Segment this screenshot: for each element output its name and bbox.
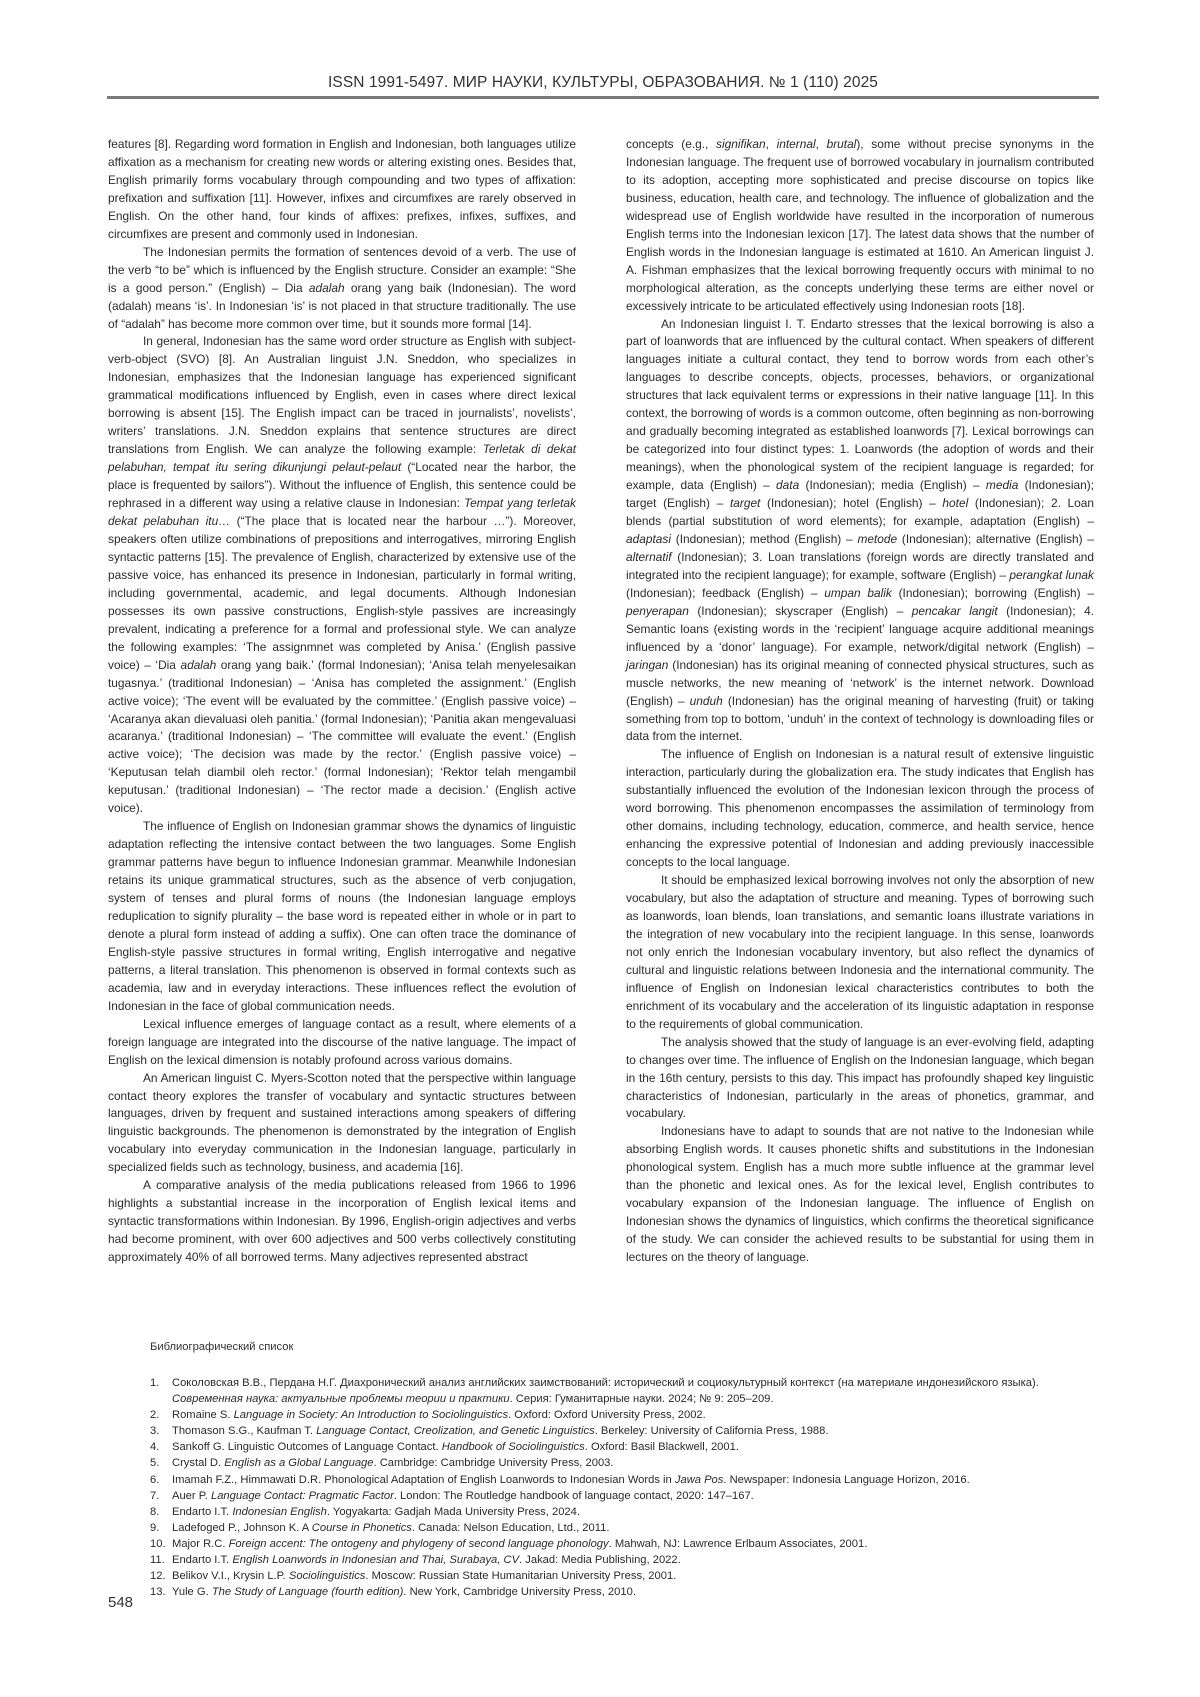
entry-number: 4. — [150, 1439, 172, 1455]
body-paragraph: The Indonesian permits the formation of … — [108, 244, 576, 334]
bibliography-entry: 10.Major R.C. Foreign accent: The ontoge… — [150, 1536, 1110, 1552]
bibliography-entry: 12.Belikov V.I., Krysin L.P. Sociolingui… — [150, 1568, 1110, 1584]
entry-text: Yule G. The Study of Language (fourth ed… — [172, 1584, 1110, 1600]
body-paragraph: concepts (e.g., signifikan, internal, br… — [626, 136, 1094, 316]
entry-text: Endarto I.T. English Loanwords in Indone… — [172, 1552, 1110, 1568]
bibliography-entry: 9.Ladefoged P., Johnson K. A Course in P… — [150, 1520, 1110, 1536]
bibliography-entry: 11.Endarto I.T. English Loanwords in Ind… — [150, 1552, 1110, 1568]
entry-text: Ladefoged P., Johnson K. A Course in Pho… — [172, 1520, 1110, 1536]
bibliography-entry: 4.Sankoff G. Linguistic Outcomes of Lang… — [150, 1439, 1110, 1455]
entry-text: Sankoff G. Linguistic Outcomes of Langua… — [172, 1439, 1110, 1455]
entry-text: Auer P. Language Contact: Pragmatic Fact… — [172, 1488, 1110, 1504]
entry-text: Major R.C. Foreign accent: The ontogeny … — [172, 1536, 1110, 1552]
body-paragraph: A comparative analysis of the media publ… — [108, 1177, 576, 1267]
body-paragraph: It should be emphasized lexical borrowin… — [626, 872, 1094, 1034]
bibliography-entry: 8.Endarto I.T. Indonesian English. Yogya… — [150, 1504, 1110, 1520]
body-paragraph: In general, Indonesian has the same word… — [108, 333, 576, 818]
bibliography-entry: 2.Romaine S. Language in Society: An Int… — [150, 1407, 1110, 1423]
journal-header: ISSN 1991-5497. МИР НАУКИ, КУЛЬТУРЫ, ОБР… — [108, 74, 1098, 92]
entry-number: 8. — [150, 1504, 172, 1520]
entry-text: Crystal D. English as a Global Language.… — [172, 1455, 1110, 1471]
entry-number: 6. — [150, 1472, 172, 1488]
bibliography-entry: 6.Imamah F.Z., Himmawati D.R. Phonologic… — [150, 1472, 1110, 1488]
entry-text: Thomason S.G., Kaufman T. Language Conta… — [172, 1423, 1110, 1439]
bibliography-entry: 1.Соколовская В.В., Пердана Н.Г. Диахрон… — [150, 1375, 1110, 1407]
header-divider — [107, 96, 1099, 99]
body-paragraph: The analysis showed that the study of la… — [626, 1034, 1094, 1124]
body-paragraph: features [8]. Regarding word formation i… — [108, 136, 576, 244]
bibliography-entry: 13.Yule G. The Study of Language (fourth… — [150, 1584, 1110, 1600]
entry-text: Romaine S. Language in Society: An Intro… — [172, 1407, 1110, 1423]
bibliography-title: Библиографический список — [150, 1341, 293, 1353]
body-paragraph: An American linguist C. Myers-Scotton no… — [108, 1070, 576, 1178]
left-column: features [8]. Regarding word formation i… — [108, 136, 576, 1267]
entry-number: 10. — [150, 1536, 172, 1552]
body-paragraph: An Indonesian linguist I. T. Endarto str… — [626, 316, 1094, 747]
entry-number: 11. — [150, 1552, 172, 1568]
bibliography-entry: 3.Thomason S.G., Kaufman T. Language Con… — [150, 1423, 1110, 1439]
entry-number: 12. — [150, 1568, 172, 1584]
right-column: concepts (e.g., signifikan, internal, br… — [626, 136, 1094, 1267]
entry-text: Imamah F.Z., Himmawati D.R. Phonological… — [172, 1472, 1110, 1488]
entry-number: 3. — [150, 1423, 172, 1439]
bibliography-entry: 7.Auer P. Language Contact: Pragmatic Fa… — [150, 1488, 1110, 1504]
entry-number: 2. — [150, 1407, 172, 1423]
bibliography-list: 1.Соколовская В.В., Пердана Н.Г. Диахрон… — [150, 1375, 1110, 1600]
body-paragraph: The influence of English on Indonesian i… — [626, 746, 1094, 872]
body-paragraph: Indonesians have to adapt to sounds that… — [626, 1123, 1094, 1267]
bibliography-entry: 5.Crystal D. English as a Global Languag… — [150, 1455, 1110, 1471]
entry-number: 13. — [150, 1584, 172, 1600]
entry-number: 5. — [150, 1455, 172, 1471]
entry-number: 1. — [150, 1375, 172, 1407]
entry-text: Endarto I.T. Indonesian English. Yogyaka… — [172, 1504, 1110, 1520]
entry-number: 9. — [150, 1520, 172, 1536]
entry-text: Belikov V.I., Krysin L.P. Sociolinguisti… — [172, 1568, 1110, 1584]
body-paragraph: Lexical influence emerges of language co… — [108, 1016, 576, 1070]
entry-text: Соколовская В.В., Пердана Н.Г. Диахронич… — [172, 1375, 1110, 1407]
page-number: 548 — [108, 1594, 133, 1611]
entry-number: 7. — [150, 1488, 172, 1504]
body-paragraph: The influence of English on Indonesian g… — [108, 818, 576, 1015]
